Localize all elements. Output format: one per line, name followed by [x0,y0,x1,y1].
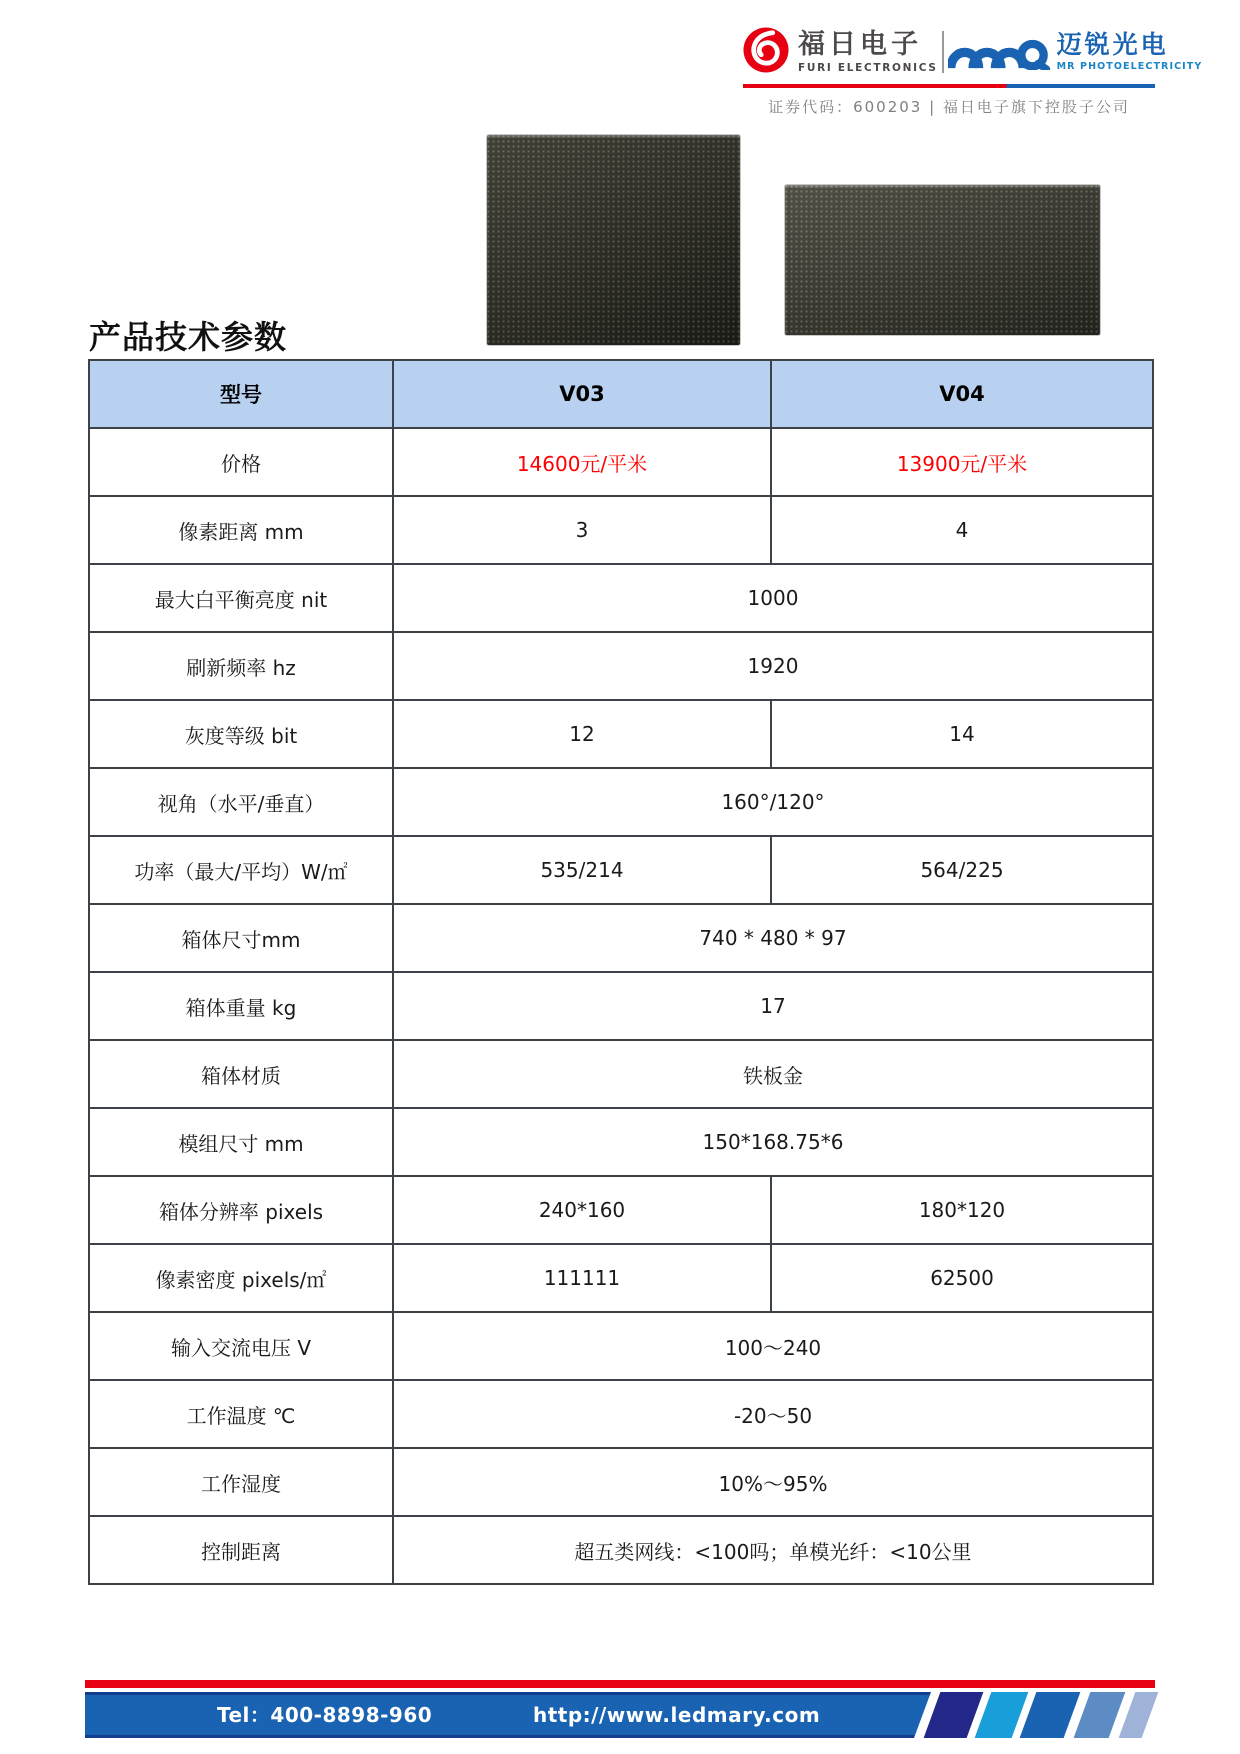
spec-label-cell: 箱体分辨率 pixels [89,1176,393,1244]
spec-label-cell: 刷新频率 hz [89,632,393,700]
led-module-image-v04 [785,185,1100,335]
table-row: 刷新频率 hz1920 [89,632,1153,700]
spec-value-cell-v03: 240*160 [393,1176,771,1244]
table-row: 控制距离超五类网线：<100吗；单模光纤：<10公里 [89,1516,1153,1584]
spec-value-cell-merged: 铁板金 [393,1040,1153,1108]
spec-label-cell: 价格 [89,428,393,496]
spec-value-cell-v04: 62500 [771,1244,1153,1312]
furi-name-en: FURI ELECTRONICS [798,62,938,74]
brand-rule [743,84,1155,88]
footer-stripe [1119,1692,1159,1738]
footer-stripe [975,1692,1029,1738]
spec-value-cell-merged: 10%～95% [393,1448,1153,1516]
table-row: 箱体尺寸mm740 * 480 * 97 [89,904,1153,972]
spec-value-cell-v03: 3 [393,496,771,564]
table-row: 像素距离 mm34 [89,496,1153,564]
spec-label-cell: 灰度等级 bit [89,700,393,768]
page: 福日电子 FURI ELECTRONICS 迈锐光电 [0,0,1240,1754]
brand-header: 福日电子 FURI ELECTRONICS 迈锐光电 [743,24,1155,117]
spec-label-cell: 输入交流电压 V [89,1312,393,1380]
spec-label-cell: 最大白平衡亮度 nit [89,564,393,632]
footer-stripe [924,1692,984,1738]
spec-value-cell-v03: 12 [393,700,771,768]
table-row: 模组尺寸 mm150*168.75*6 [89,1108,1153,1176]
furi-name-cn: 福日电子 [798,31,938,58]
spec-value-cell-merged: 150*168.75*6 [393,1108,1153,1176]
spec-value-cell-merged: 17 [393,972,1153,1040]
footer-website-url: http://www.ledmary.com [533,1692,820,1738]
spec-label-cell: 视角（水平/垂直） [89,768,393,836]
table-row: 视角（水平/垂直）160°/120° [89,768,1153,836]
header-cell-model: 型号 [89,360,393,428]
spec-value-cell-v03: 535/214 [393,836,771,904]
footer-stripe [1020,1692,1081,1738]
spec-value-cell-merged: 1920 [393,632,1153,700]
spec-label-cell: 箱体材质 [89,1040,393,1108]
spec-label-cell: 模组尺寸 mm [89,1108,393,1176]
spec-value-cell-merged: 160°/120° [393,768,1153,836]
furi-logo: 福日电子 FURI ELECTRONICS [743,27,938,77]
table-row: 箱体材质铁板金 [89,1040,1153,1108]
footer-telephone: Tel：400-8898-960 [217,1692,432,1738]
footer-stripe [1074,1692,1126,1738]
table-row: 灰度等级 bit1214 [89,700,1153,768]
mr-name-cn: 迈锐光电 [1057,32,1203,57]
spec-value-cell-v04: 4 [771,496,1153,564]
spec-label-cell: 工作湿度 [89,1448,393,1516]
spec-label-cell: 功率（最大/平均）W/㎡ [89,836,393,904]
spec-table: 型号 V03 V04 价格14600元/平米13900元/平米像素距离 mm34… [88,359,1154,1585]
header-cell-v04: V04 [771,360,1153,428]
spec-label-cell: 箱体重量 kg [89,972,393,1040]
mr-name-en: MR PHOTOELECTRICITY [1057,61,1203,72]
spec-label-cell: 工作温度 ℃ [89,1380,393,1448]
spec-label-cell: 控制距离 [89,1516,393,1584]
table-row: 输入交流电压 V100～240 [89,1312,1153,1380]
brand-logos-row: 福日电子 FURI ELECTRONICS 迈锐光电 [743,24,1155,80]
furi-circle-icon [743,27,789,77]
spec-label-cell: 像素距离 mm [89,496,393,564]
page-title: 产品技术参数 [89,312,287,358]
spec-value-cell-merged: 超五类网线：<100吗；单模光纤：<10公里 [393,1516,1153,1584]
footer-blue-bar: Tel：400-8898-960 http://www.ledmary.com [85,1692,931,1738]
logo-divider [942,31,944,73]
spec-value-cell-v04: 564/225 [771,836,1153,904]
spec-label-cell: 箱体尺寸mm [89,904,393,972]
table-row: 像素密度 pixels/㎡11111162500 [89,1244,1153,1312]
spec-value-cell-merged: 100～240 [393,1312,1153,1380]
spec-label-cell: 像素密度 pixels/㎡ [89,1244,393,1312]
spec-table-body: 型号 V03 V04 价格14600元/平米13900元/平米像素距离 mm34… [89,360,1153,1584]
table-row: 工作湿度10%～95% [89,1448,1153,1516]
spec-value-cell-v03: 111111 [393,1244,771,1312]
spec-value-cell-v03: 14600元/平米 [393,428,771,496]
spec-value-cell-v04: 180*120 [771,1176,1153,1244]
mr-wordmark: 迈锐光电 MR PHOTOELECTRICITY [1057,32,1203,72]
furi-wordmark: 福日电子 FURI ELECTRONICS [798,31,938,74]
table-row: 最大白平衡亮度 nit1000 [89,564,1153,632]
table-row: 工作温度 ℃-20～50 [89,1380,1153,1448]
footer-red-stripe [85,1680,1155,1688]
mr-wave-icon [948,31,1052,74]
spec-value-cell-merged: -20～50 [393,1380,1153,1448]
header-cell-v03: V03 [393,360,771,428]
table-row: 价格14600元/平米13900元/平米 [89,428,1153,496]
table-row: 功率（最大/平均）W/㎡535/214564/225 [89,836,1153,904]
footer-bar: Tel：400-8898-960 http://www.ledmary.com [85,1692,1155,1738]
spec-value-cell-merged: 1000 [393,564,1153,632]
spec-value-cell-v04: 14 [771,700,1153,768]
table-header-row: 型号 V03 V04 [89,360,1153,428]
spec-value-cell-merged: 740 * 480 * 97 [393,904,1153,972]
spec-value-cell-v04: 13900元/平米 [771,428,1153,496]
table-row: 箱体分辨率 pixels240*160180*120 [89,1176,1153,1244]
led-module-image-v03 [487,135,740,345]
table-row: 箱体重量 kg17 [89,972,1153,1040]
securities-code-line: 证券代码：600203 | 福日电子旗下控股子公司 [743,96,1155,117]
mr-logo: 迈锐光电 MR PHOTOELECTRICITY [948,31,1203,74]
